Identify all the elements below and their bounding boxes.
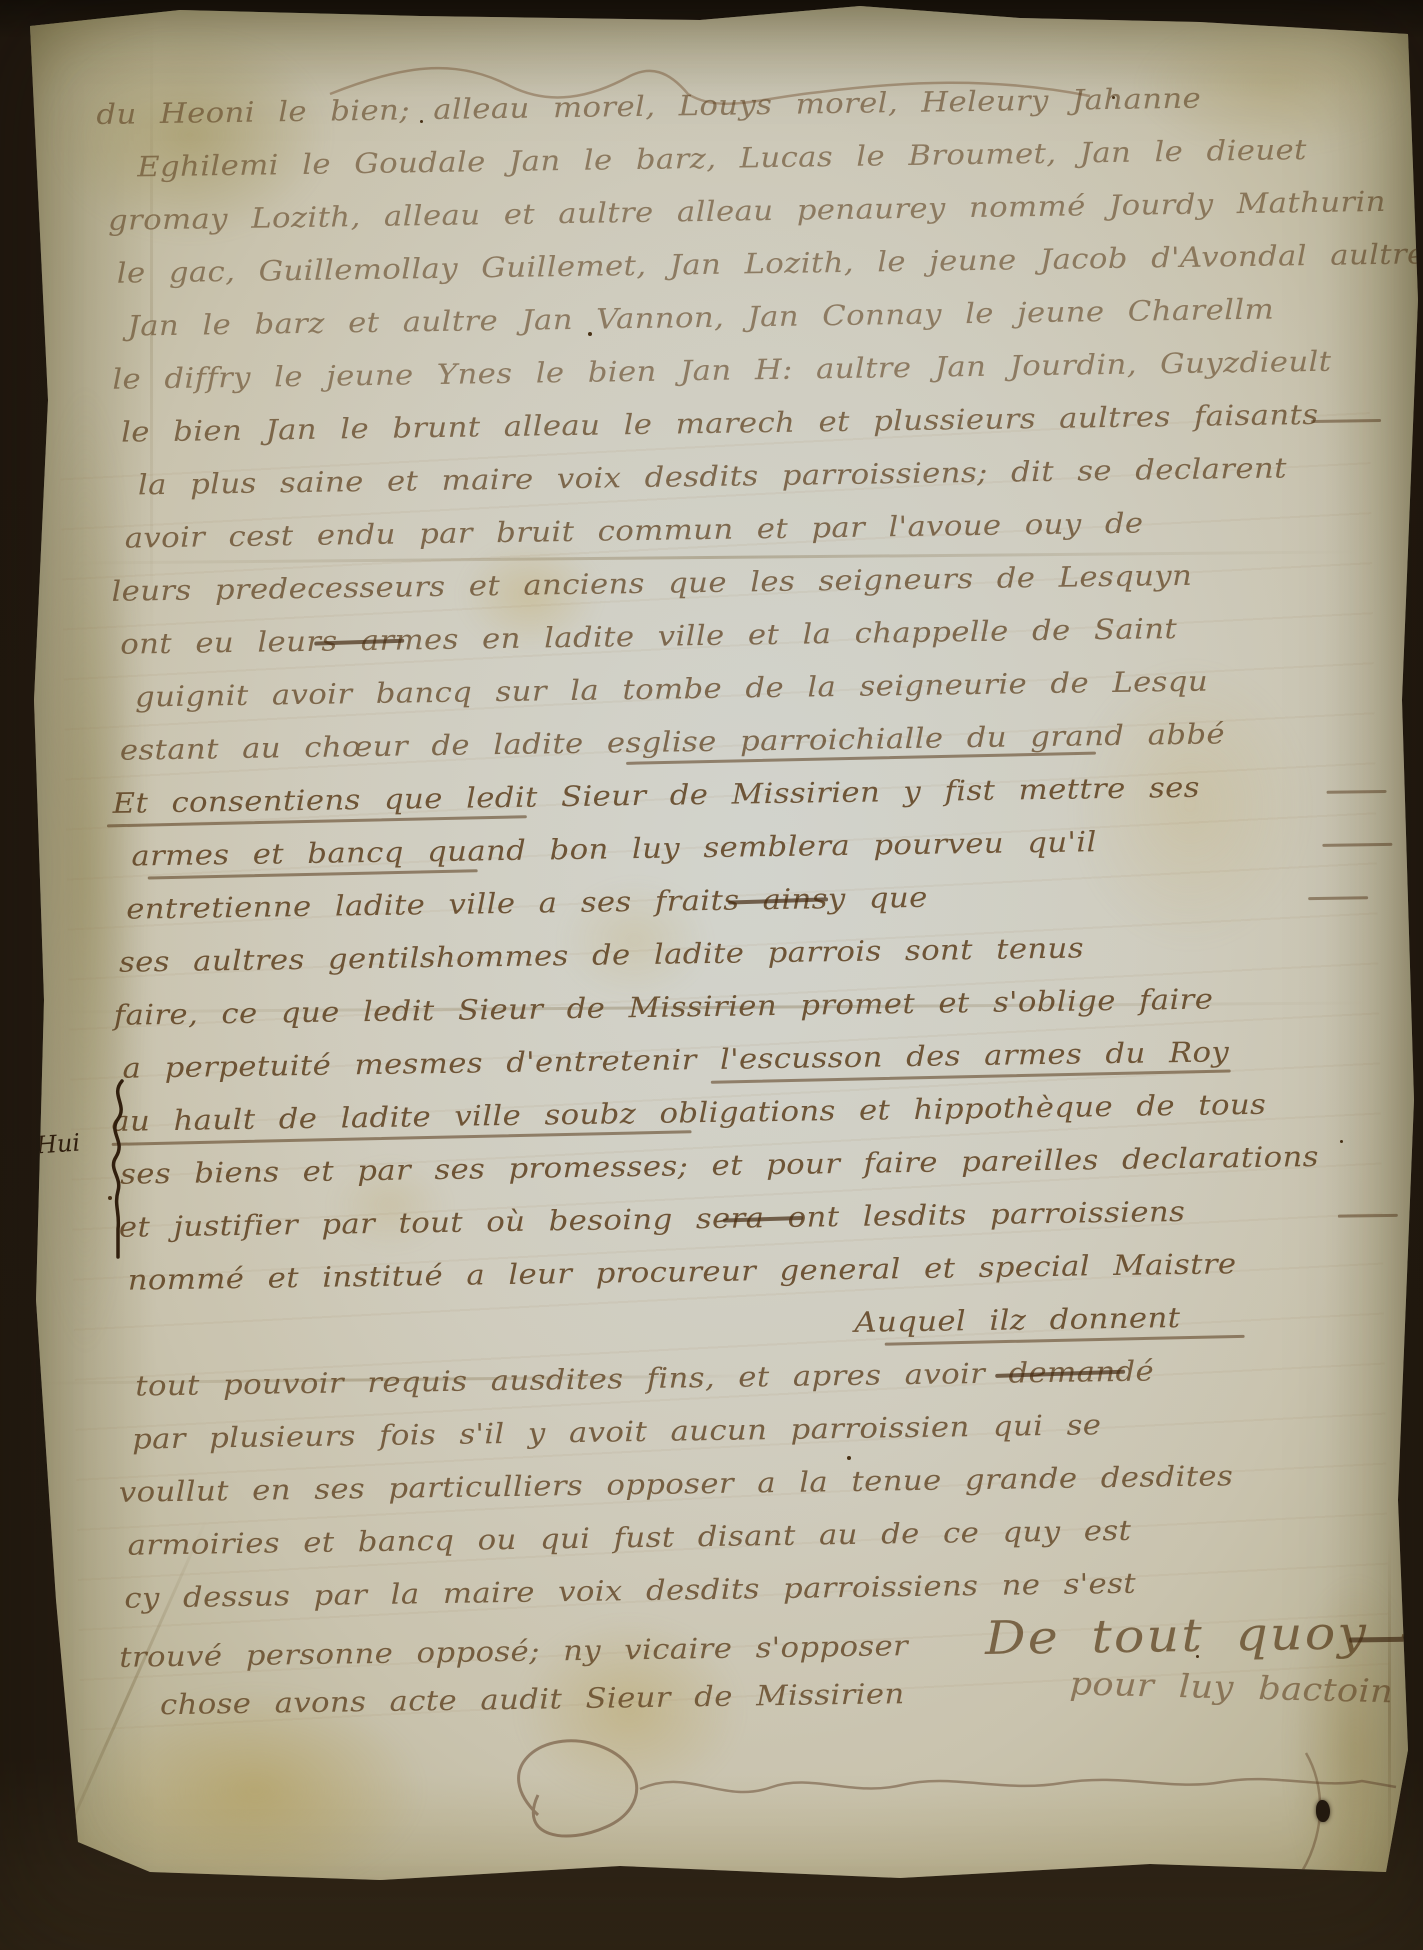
ink-speck [108, 1196, 112, 1200]
large-emphasis-text: De tout quoy — [985, 1604, 1423, 1665]
closing-phrase: pour luy bactoin [1069, 1657, 1394, 1718]
pen-dash [1349, 1636, 1423, 1643]
ink-speck [420, 120, 423, 123]
manuscript-page: du Heoni le bien; alleau morel, Louys mo… [0, 0, 1423, 1950]
margin-brace-stroke [96, 1075, 140, 1265]
ink-speck [847, 1456, 851, 1460]
photo-background: du Heoni le bien; alleau morel, Louys mo… [0, 0, 1423, 1950]
manuscript-text-block: du Heoni le bien; alleau morel, Louys mo… [96, 69, 1421, 1788]
paper-hole [1316, 1800, 1330, 1822]
ink-speck [588, 332, 592, 336]
signature-paraph-stroke [460, 1725, 1420, 1925]
ink-speck [1112, 96, 1115, 99]
margin-note: Hui [35, 1128, 81, 1159]
ink-speck [1340, 1140, 1343, 1143]
manuscript-line-text: chose avons acte audit Sieur de Missirie… [160, 1677, 905, 1721]
ink-speck [1196, 1655, 1199, 1658]
